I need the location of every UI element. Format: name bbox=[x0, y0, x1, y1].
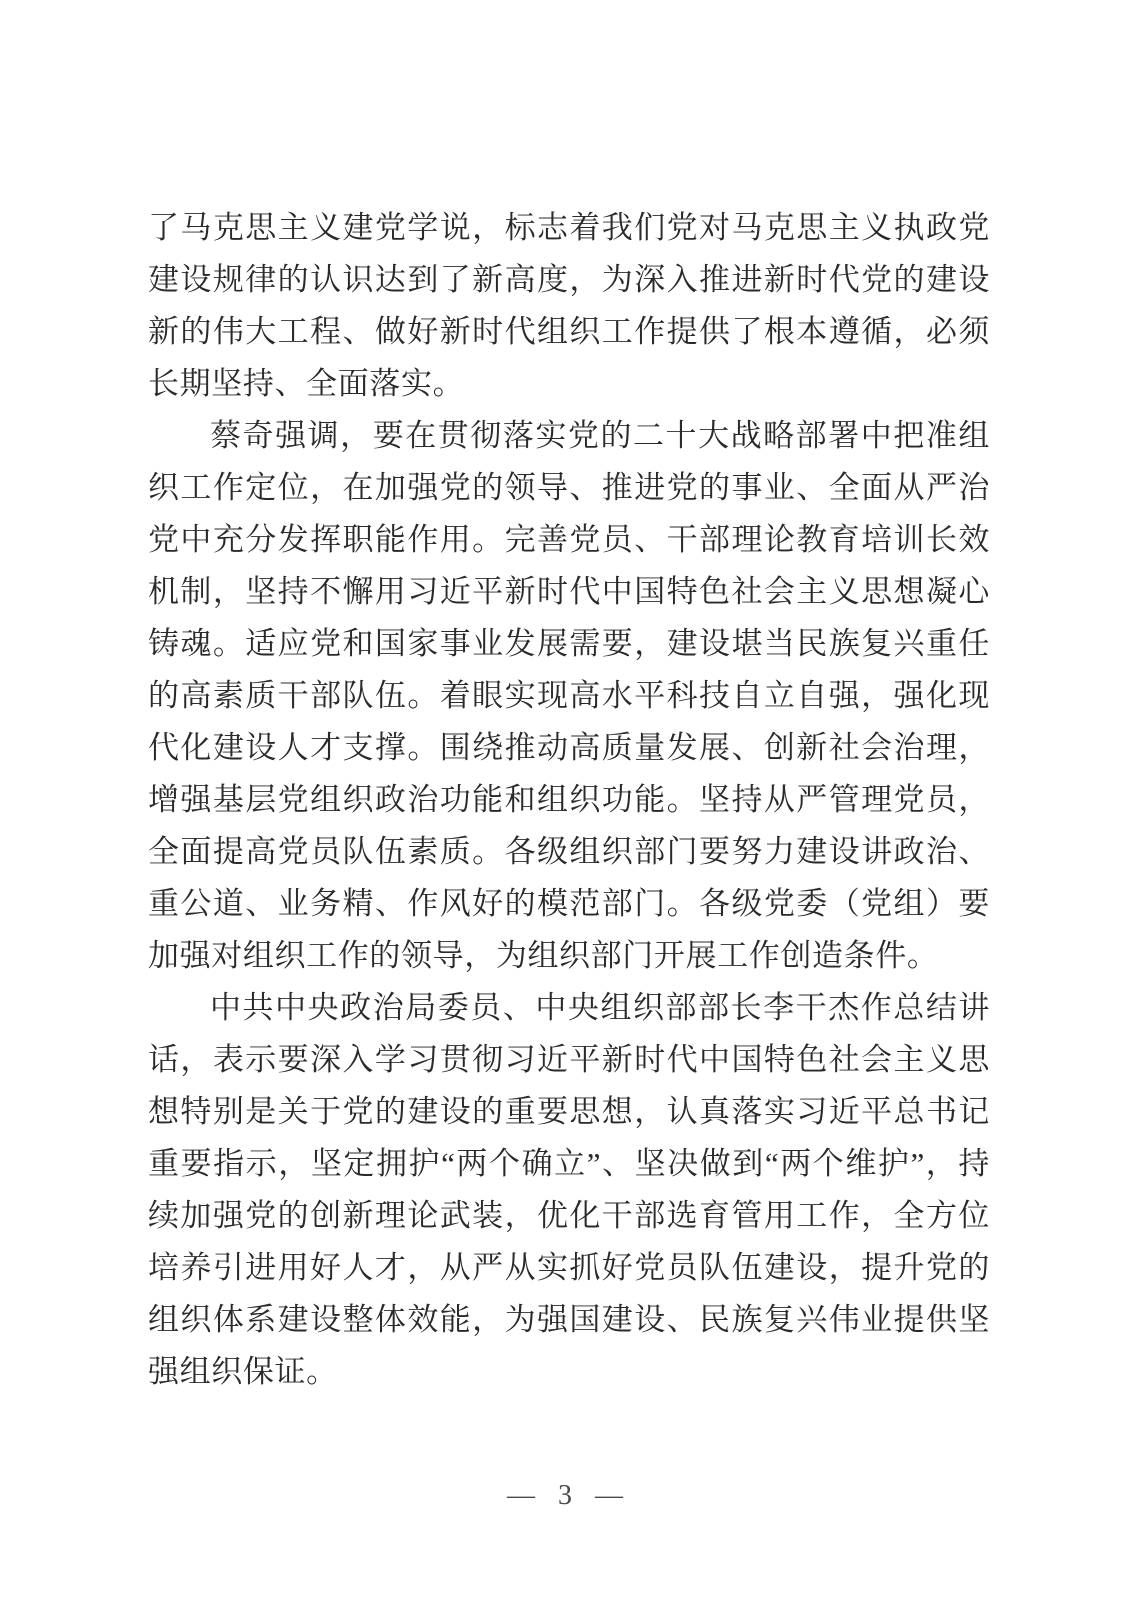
document-body: 了马克思主义建党学说，标志着我们党对马克思主义执政党建设规律的认识达到了新高度，… bbox=[148, 202, 990, 1398]
paragraph-continuation: 了马克思主义建党学说，标志着我们党对马克思主义执政党建设规律的认识达到了新高度，… bbox=[148, 202, 990, 410]
page-number: — 3 — bbox=[0, 1480, 1131, 1512]
paragraph: 蔡奇强调，要在贯彻落实党的二十大战略部署中把准组织工作定位，在加强党的领导、推进… bbox=[148, 410, 990, 982]
document-page: 了马克思主义建党学说，标志着我们党对马克思主义执政党建设规律的认识达到了新高度，… bbox=[0, 0, 1131, 1600]
paragraph: 中共中央政治局委员、中央组织部部长李干杰作总结讲话，表示要深入学习贯彻习近平新时… bbox=[148, 982, 990, 1398]
